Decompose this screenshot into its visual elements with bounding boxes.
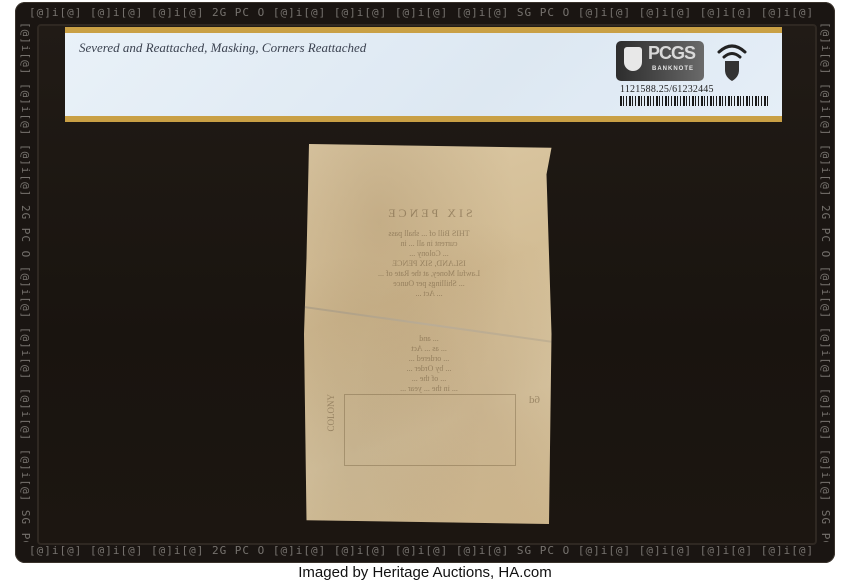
note-line: ... in the ... year ... <box>304 384 554 394</box>
note-line: Lawful Money, at the Rate of ... <box>304 269 554 279</box>
note-line: ... by Order ... <box>304 364 554 374</box>
note-seal-box <box>344 394 516 466</box>
barcode <box>620 96 768 106</box>
banknote: SIX PENCE THIS Bill of ... shall pass cu… <box>304 144 554 524</box>
note-mid-text: ... and ... as ... Act ... ordered ... .… <box>304 334 554 394</box>
note-line: ... and <box>304 334 554 344</box>
pcgs-logo-subtext: BANKNOTE <box>652 66 694 72</box>
holder-frame-right-pattern: [@]i[@] [@]i[@] [@]i[@] 2G PC O [@]i[@] … <box>817 22 833 542</box>
note-line: current in all ... in <box>304 239 554 249</box>
label-comments: Severed and Reattached, Masking, Corners… <box>79 40 366 56</box>
shield-icon <box>624 47 642 71</box>
note-line: THIS Bill of ... shall pass <box>304 229 554 239</box>
note-corner-value: 6d <box>529 394 540 406</box>
holder-frame-bottom-pattern: [@]i[@] [@]i[@] [@]i[@] 2G PC O [@]i[@] … <box>29 543 821 559</box>
grading-label: Severed and Reattached, Masking, Corners… <box>65 27 782 122</box>
note-body-text: THIS Bill of ... shall pass current in a… <box>304 229 554 299</box>
note-line: ... of the ... <box>304 374 554 384</box>
note-line: ... Act ... <box>304 289 554 299</box>
note-denomination: SIX PENCE <box>304 206 554 221</box>
note-line: ... as ... Act <box>304 344 554 354</box>
pcgs-holder: [@]i[@] [@]i[@] [@]i[@] 2G PC O [@]i[@] … <box>15 2 835 563</box>
note-line: ISLAND, SIX PENCE <box>304 259 554 269</box>
note-side-text: COLONY <box>326 394 336 432</box>
holder-frame-left-pattern: [@]i[@] [@]i[@] [@]i[@] 2G PC O [@]i[@] … <box>17 22 33 542</box>
pcgs-logo-text: PCGS <box>648 43 695 64</box>
note-line: ... Colony ... <box>304 249 554 259</box>
note-line: ... ordered ... <box>304 354 554 364</box>
image-credit: Imaged by Heritage Auctions, HA.com <box>0 564 850 581</box>
cert-number: 1121588.25/61232445 <box>620 84 714 95</box>
note-line: ... Shillings per Ounce <box>304 279 554 289</box>
pcgs-logo: PCGS BANKNOTE <box>616 41 704 81</box>
holder-frame-top-pattern: [@]i[@] [@]i[@] [@]i[@] 2G PC O [@]i[@] … <box>29 5 821 21</box>
nfc-shield-icon <box>716 42 748 82</box>
